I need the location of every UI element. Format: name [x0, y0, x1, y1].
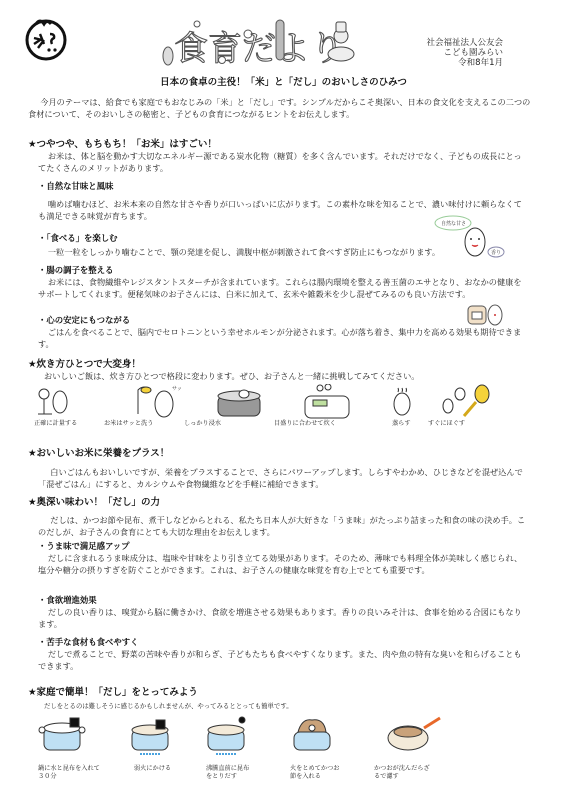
svg-text:食育だより: 食育だより — [174, 29, 344, 69]
cooking-step-label: しっかり浸水 — [184, 420, 221, 428]
rice-point-title: ・自然な甘味と風味 — [38, 180, 113, 192]
nutrition-heading: ★おいしいお米に栄養をプラス！ — [28, 445, 169, 459]
organization-name: 社会福祉法人公友会 — [426, 38, 503, 48]
cooking-steps-illustrations: サッ — [30, 384, 540, 420]
rice-point-body: お米には、食物繊維やレジスタントスターチが含まれています。これらは腸内環境を整え… — [38, 276, 528, 300]
rice-point-body: 一粒一粒をしっかり噛むことで、顎の発達を促し、満腹中枢が刺激されて食べすぎ防止に… — [38, 246, 528, 258]
dashi-point-body: だしで煮ることで、野菜の苦味や香りが和らぎ、子どもたちも食べやすくなります。また… — [38, 648, 528, 672]
mirai-logo-icon — [22, 14, 70, 62]
cooking-step-label: 目盛りに合わせて炊く — [274, 420, 336, 428]
dashi-point-body: だしの良い香りは、嗅覚から脳に働きかけ、食欲を増進させる効果もあります。香りの良… — [38, 606, 528, 630]
nutrition-body: 白いごはんもおいしいですが、栄養をプラスすることで、さらにパワーアップします。し… — [38, 466, 528, 490]
dashi-step-label: 鍋に水と昆布を入れて３０分 — [38, 765, 100, 781]
school-logo — [22, 14, 70, 62]
dashi-step-label: 弱火にかける — [134, 765, 171, 773]
rice-point-title: ・心の安定にもつながる — [38, 314, 130, 326]
cooking-lead: おいしいご飯は、炊き方ひとつで格段に変わります。ぜひ、お子さんと一緒に挑戦してみ… — [44, 370, 534, 382]
cooking-step-label: すぐにほぐす — [428, 420, 465, 428]
rice-heading: ★つやつや、もちもち！「お米」はすごい！ — [28, 136, 217, 150]
dashi-steps-illustrations — [36, 716, 456, 760]
page-subtitle: 日本の食卓の主役！「米」と「だし」のおいしさのひみつ — [0, 74, 567, 88]
rice-lead: お米は、体と脳を動かす大切なエネルギー源である炭水化物（糖質）を多く含んでいます… — [38, 150, 528, 174]
cooking-heading: ★炊き方ひとつで大変身！ — [28, 356, 141, 370]
dashi-heading: ★奥深い味わい！「だし」の力 — [28, 494, 160, 508]
dashi-point-title: ・うま味で満足感アップ — [38, 540, 130, 552]
rice-point-body: ごはんを食べることで、脳内でセロトニンという幸せホルモンが分泌されます。心が落ち… — [38, 326, 528, 350]
home-dashi-note: だしをとるのは難しそうに感じるかもしれませんが、やってみるととっても簡単です。 — [44, 701, 293, 710]
svg-text:サッ: サッ — [172, 386, 182, 392]
home-dashi-heading: ★家庭で簡単！「だし」をとってみよう — [28, 684, 198, 698]
dashi-point-title: ・苦手な食材も食べやすく — [38, 636, 139, 648]
newsletter-page: 食育だより 社会福祉法人公友会 こども園みらい 令和8年1月 日本の食卓の主役！… — [0, 0, 567, 803]
issue-date: 令和8年1月 — [426, 58, 503, 68]
rice-bowl-mascot-illustration — [465, 300, 505, 328]
organization-info: 社会福祉法人公友会 こども園みらい 令和8年1月 — [426, 38, 503, 68]
cooking-step-label: 蒸らす — [392, 420, 411, 428]
masthead-title-art: 食育だより — [160, 14, 360, 70]
dashi-step-label: 沸騰直前に昆布をとりだす — [206, 765, 249, 781]
dashi-point-title: ・食欲増進効果 — [38, 594, 97, 606]
intro-paragraph: 今月のテーマは、給食でも家庭でもおなじみの「米」と「だし」です。シンプルだからこ… — [28, 96, 533, 120]
rice-point-title: ・腸の調子を整える — [38, 264, 113, 276]
rice-point-title: ・「食べる」を楽しむ — [38, 232, 118, 244]
cooking-step-label: 正確に計量する — [34, 420, 77, 428]
svg-text:自然な甘さ: 自然な甘さ — [441, 220, 466, 227]
cooking-step-label: お米はサッと洗う — [104, 420, 153, 428]
dashi-point-body: だしに含まれるうま味成分は、塩味や甘味をより引き立てる効果があります。そのため、… — [38, 552, 528, 576]
dashi-step-label: 火をとめてかつお節を入れる — [290, 765, 340, 781]
school-name: こども園みらい — [426, 48, 503, 58]
dashi-step-label: かつおが沈んだらざるで濾す — [374, 765, 430, 781]
dashi-lead: だしは、かつお節や昆布、煮干しなどからとれる、私たち日本人が大好きな「うま味」が… — [38, 514, 528, 538]
